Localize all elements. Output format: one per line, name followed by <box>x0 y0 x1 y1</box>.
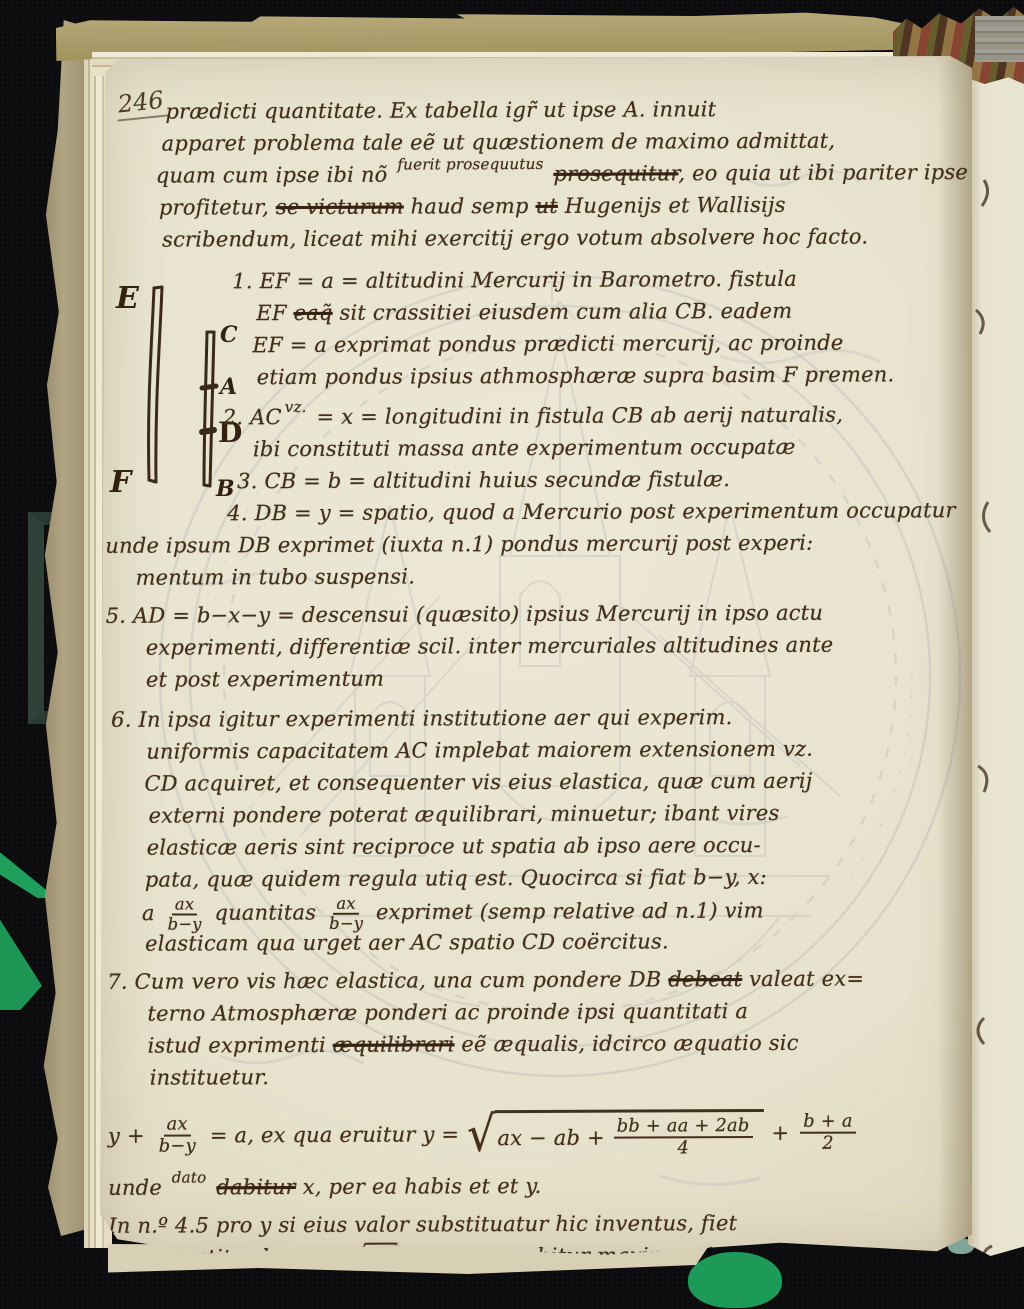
manuscript-line: instituetur. <box>150 1058 948 1093</box>
manuscript-line: 7. Cum vero vis hæc elastica, una cum po… <box>107 962 947 998</box>
manuscript-line: unde ipsum DB exprimet (iuxta n.1) pondu… <box>105 526 945 562</box>
manuscript-line: mentum in tubo suspensi. <box>135 558 945 594</box>
manuscript-scan: 246 E F C A D B prædicti qu <box>0 0 1024 1309</box>
edge-ink-fragments <box>968 66 1024 1256</box>
facing-page-sliver <box>968 66 1024 1256</box>
manuscript-line: scribendum, liceat mihi exercitij ergo v… <box>162 220 944 255</box>
manuscript-line: uniformis capacitatem AC implebat maiore… <box>146 732 946 767</box>
eq-term: y + <box>108 1124 145 1148</box>
manuscript-line: EF = a exprimat pondus prædicti mercurij… <box>252 326 944 361</box>
numbered-items: 1. EF = a = altitudini Mercurij in Barom… <box>104 262 948 1094</box>
eq-term: = a, ex qua eruitur y = <box>210 1122 459 1147</box>
radicand: ax − ab + bb + aa + 2ab 4 <box>495 1109 763 1158</box>
manuscript-line: prædicti quantitate. Ex tabella igr̃ ut … <box>165 92 943 127</box>
manuscript-page: 246 E F C A D B prædicti qu <box>100 56 972 1256</box>
manuscript-line: et post experimentum <box>146 660 946 695</box>
manuscript-line: a axb−y quantitas axb−y exprimet (semp r… <box>142 892 947 928</box>
manuscript-line: terno Atmosphæræ ponderi ac proinde ipsi… <box>147 994 947 1029</box>
manuscript-line: 5. AD = b−x−y = descensui (quæsito) ipsi… <box>106 596 946 632</box>
manuscript-line: 3. CB = b = altitudini huius secundæ fis… <box>237 462 945 497</box>
manuscript-line: etiam pondus ipsius athmosphæræ supra ba… <box>257 358 945 393</box>
manuscript-text: prædicti quantitate. Ex tabella igr̃ ut … <box>103 92 948 1274</box>
manuscript-line: istud exprimenti æquilibrari eẽ æqualis,… <box>148 1026 948 1061</box>
cradle-support <box>688 1252 782 1308</box>
manuscript-line: In n.º 4.5 pro y si eius valor substitua… <box>108 1206 948 1242</box>
derived-equation: y + ax b−y = a, ex qua eruitur y = √ ax … <box>108 1100 948 1168</box>
manuscript-line: 2. ACvz. = x = longitudini in fistula CB… <box>223 398 945 433</box>
manuscript-line: ibi constituti massa ante experimentum o… <box>253 430 945 465</box>
manuscript-line: 6. In ipsa igitur experimenti institutio… <box>111 700 946 736</box>
eq-fraction: b + a 2 <box>800 1112 856 1153</box>
manuscript-line: quam cum ipse ibi nõ fuerit prosequutus … <box>156 156 944 191</box>
manuscript-line: CD acquiret, et consequenter vis eius el… <box>144 764 946 799</box>
eq-fraction: bb + aa + 2ab 4 <box>614 1116 753 1158</box>
manuscript-line: EF eaq̃ sit crassitiei eiusdem cum alia … <box>256 294 944 329</box>
manuscript-line: 1. EF = a = altitudini Mercurij in Barom… <box>232 262 944 297</box>
eq-term: + <box>771 1121 789 1145</box>
intro-paragraph: prædicti quantitate. Ex tabella igr̃ ut … <box>103 92 944 256</box>
manuscript-line: 4. DB = y = spatio, quod a Mercurio post… <box>227 494 945 529</box>
manuscript-line: profitetur, se victurum haud semp ut Hug… <box>159 188 944 223</box>
manuscript-line: unde dato dabitur x, per ea habis et et … <box>108 1168 948 1204</box>
manuscript-line: apparet problema tale eẽ ut quæstionem d… <box>162 124 944 159</box>
radical-sign: √ <box>467 1106 496 1162</box>
manuscript-line: pata, quæ quidem regula utiq est. Quocir… <box>145 860 947 895</box>
manuscript-line: experimenti, differentiæ scil. inter mer… <box>146 628 946 663</box>
manuscript-line: elasticam qua urget aer AC spatio CD coë… <box>145 924 947 959</box>
eq-fraction: ax b−y <box>156 1115 199 1156</box>
manuscript-line: elasticæ aeris sint reciproce ut spatia … <box>147 828 947 863</box>
adjacent-book-pages <box>975 16 1024 62</box>
manuscript-line: externi pondere poterat æquilibrari, min… <box>149 796 947 831</box>
